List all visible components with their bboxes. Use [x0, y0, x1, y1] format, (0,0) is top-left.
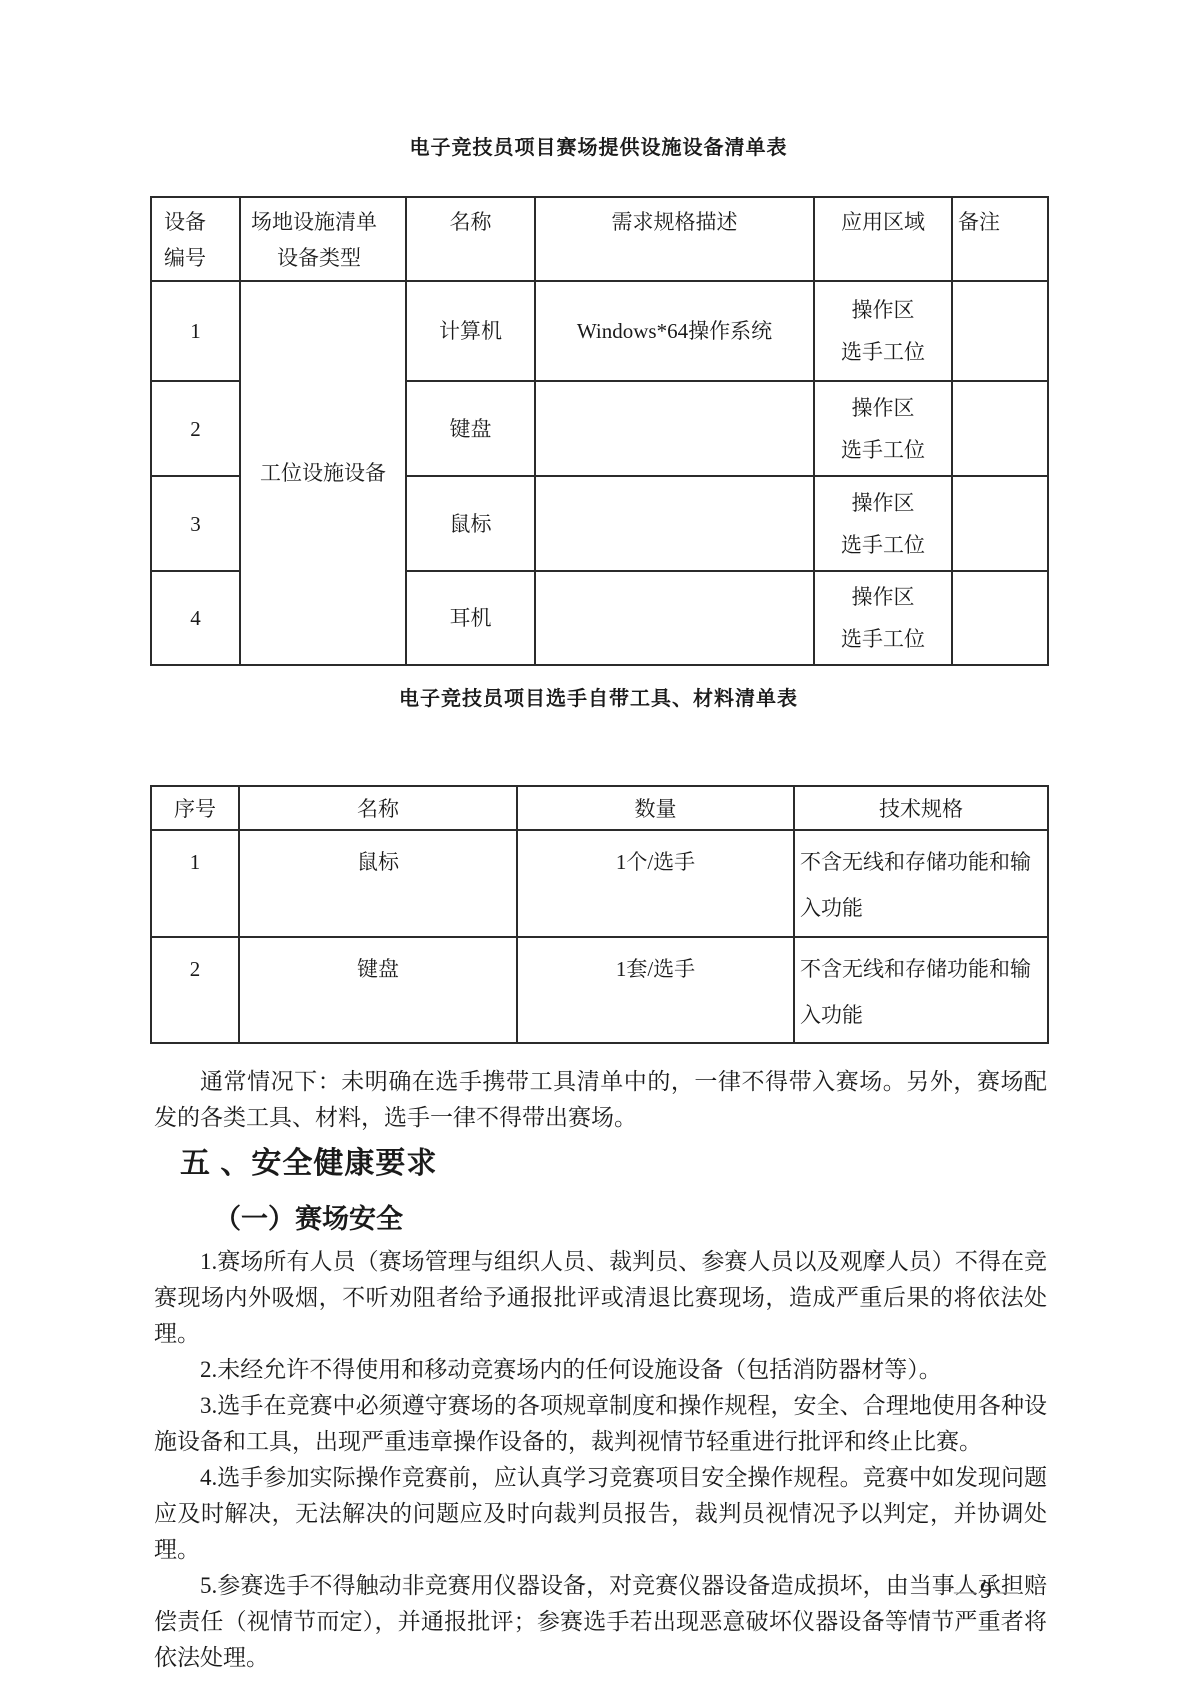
header-name: 名称 [239, 786, 517, 830]
subsection-heading-venue-safety: （一）赛场安全 [214, 1202, 1047, 1236]
cell-name: 鼠标 [406, 476, 535, 571]
page-number-value: 9 [980, 1578, 992, 1604]
note-paragraph: 通常情况下：未明确在选手携带工具清单中的，一律不得带入赛场。另外，赛场配发的各类… [154, 1064, 1047, 1136]
cell-seq: 2 [151, 937, 239, 1043]
cell-area-line2: 选手工位 [821, 429, 945, 471]
section-heading-safety-health: 五 、安全健康要求 [180, 1144, 1047, 1184]
header-category: 场地设施清单 设备类型 [240, 197, 406, 281]
table-row: 2 键盘 1套/选手 不含无线和存储功能和输入功能 [151, 937, 1048, 1043]
cell-spec [535, 476, 814, 571]
page-number: —9— [950, 1578, 1022, 1605]
header-note: 备注 [952, 197, 1048, 281]
cell-note [952, 571, 1048, 665]
safety-item-5: 5.参赛选手不得触动非竞赛用仪器设备，对竞赛仪器设备造成损坏，由当事人承担赔偿责… [154, 1568, 1047, 1676]
header-techspec: 技术规格 [794, 786, 1048, 830]
cell-techspec: 不含无线和存储功能和输入功能 [794, 937, 1048, 1043]
tools-table-header-row: 序号 名称 数量 技术规格 [151, 786, 1048, 830]
self-brought-tools-table: 序号 名称 数量 技术规格 1 鼠标 1个/选手 不含无线和存储功能和输入功能 … [150, 785, 1049, 1044]
cell-area-line2: 选手工位 [821, 331, 945, 373]
cell-area: 操作区 选手工位 [814, 476, 952, 571]
cell-spec [535, 381, 814, 476]
cell-no: 3 [151, 476, 240, 571]
cell-note [952, 381, 1048, 476]
cell-name: 键盘 [406, 381, 535, 476]
safety-item-3: 3.选手在竞赛中必须遵守赛场的各项规章制度和操作规程，安全、合理地使用各种设施设… [154, 1388, 1047, 1460]
safety-item-1: 1.赛场所有人员（赛场管理与组织人员、裁判员、参赛人员以及观摩人员）不得在竞赛现… [154, 1244, 1047, 1352]
cell-qty: 1个/选手 [517, 830, 794, 936]
cell-area: 操作区 选手工位 [814, 571, 952, 665]
header-device-no-line2: 编号 [164, 240, 233, 276]
header-device-no-line1: 设备 [164, 204, 233, 240]
cell-seq: 1 [151, 830, 239, 936]
cell-area-line1: 操作区 [821, 576, 945, 618]
cell-name: 键盘 [239, 937, 517, 1043]
cell-note [952, 281, 1048, 381]
cell-spec: Windows*64操作系统 [535, 281, 814, 381]
safety-item-2: 2.未经允许不得使用和移动竞赛场内的任何设施设备（包括消防器材等）。 [154, 1352, 1047, 1388]
cell-no: 4 [151, 571, 240, 665]
facility-equipment-table: 设备 编号 场地设施清单 设备类型 名称 需求规格描述 应用区域 备注 1 工位… [150, 196, 1049, 666]
cell-merged-category: 工位设施设备 [240, 281, 406, 665]
cell-qty: 1套/选手 [517, 937, 794, 1043]
table1-title: 电子竞技员项目赛场提供设施设备清单表 [150, 131, 1047, 160]
cell-area: 操作区 选手工位 [814, 381, 952, 476]
table-row: 1 鼠标 1个/选手 不含无线和存储功能和输入功能 [151, 830, 1048, 936]
cell-area-line1: 操作区 [821, 387, 945, 429]
header-device-no: 设备 编号 [151, 197, 240, 281]
table2-title: 电子竞技员项目选手自带工具、材料清单表 [150, 682, 1047, 711]
table-row: 1 工位设施设备 计算机 Windows*64操作系统 操作区 选手工位 [151, 281, 1048, 381]
header-category-line2: 设备类型 [251, 240, 399, 276]
header-area: 应用区域 [814, 197, 952, 281]
cell-area-line1: 操作区 [821, 289, 945, 331]
header-category-line1: 场地设施清单 [251, 204, 399, 240]
page-number-dash-left: — [950, 1578, 980, 1603]
cell-area: 操作区 选手工位 [814, 281, 952, 381]
cell-area-line2: 选手工位 [821, 618, 945, 660]
cell-area-line1: 操作区 [821, 482, 945, 524]
header-spec: 需求规格描述 [535, 197, 814, 281]
cell-name: 耳机 [406, 571, 535, 665]
cell-area-line2: 选手工位 [821, 524, 945, 566]
document-page: 电子竞技员项目赛场提供设施设备清单表 设备 编号 场地设施清单 设备类型 名称 … [0, 0, 1199, 1696]
header-seq: 序号 [151, 786, 239, 830]
cell-no: 1 [151, 281, 240, 381]
cell-spec [535, 571, 814, 665]
header-qty: 数量 [517, 786, 794, 830]
facility-table-header-row: 设备 编号 场地设施清单 设备类型 名称 需求规格描述 应用区域 备注 [151, 197, 1048, 281]
cell-name: 鼠标 [239, 830, 517, 936]
header-name: 名称 [406, 197, 535, 281]
cell-note [952, 476, 1048, 571]
cell-techspec: 不含无线和存储功能和输入功能 [794, 830, 1048, 936]
page-number-dash-right: — [992, 1578, 1022, 1603]
cell-name: 计算机 [406, 281, 535, 381]
safety-item-4: 4.选手参加实际操作竞赛前，应认真学习竞赛项目安全操作规程。竞赛中如发现问题应及… [154, 1460, 1047, 1568]
cell-no: 2 [151, 381, 240, 476]
